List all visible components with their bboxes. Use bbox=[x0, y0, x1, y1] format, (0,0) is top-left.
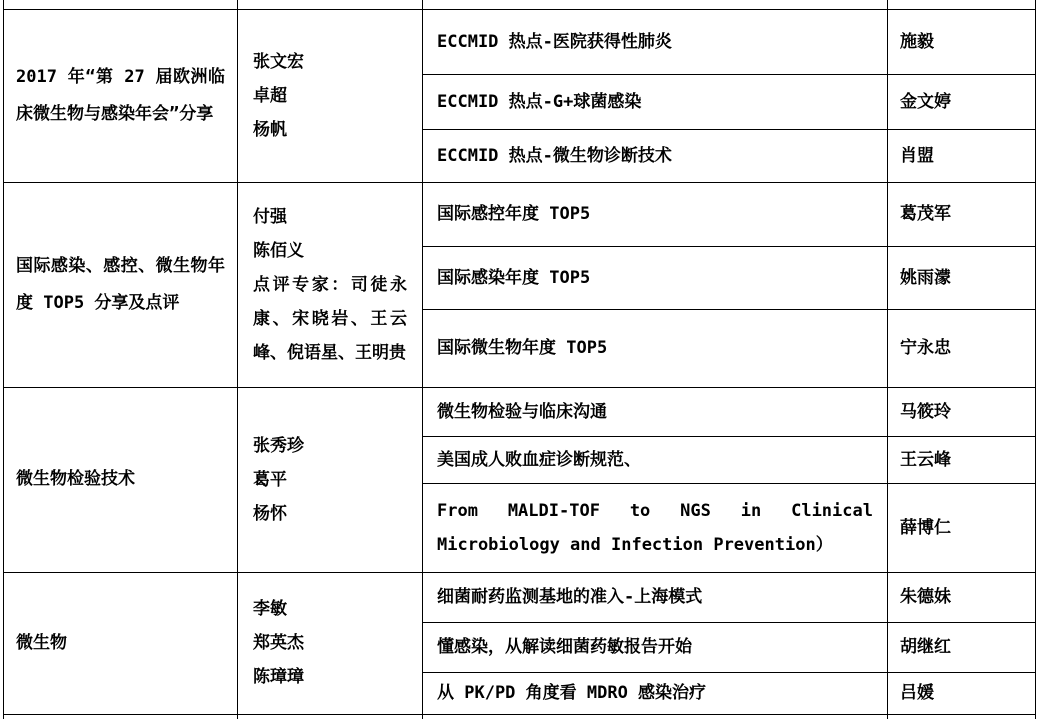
speaker-cell: 马筱玲 bbox=[888, 387, 1036, 436]
speaker-cell: 朱德妹 bbox=[888, 572, 1036, 622]
table-row: 微生物 李敏 郑英杰 陈璋璋 细菌耐药监测基地的准入-上海模式 朱德妹 bbox=[4, 572, 1036, 622]
session-title: 微生物检验技术 bbox=[16, 469, 135, 489]
speaker-cell bbox=[888, 0, 1036, 9]
moderators-cell: 付强 陈佰义 点评专家：司徒永康、宋晓岩、王云峰、倪语星、王明贵 bbox=[238, 182, 423, 387]
session-cell bbox=[4, 0, 238, 9]
conference-program-table: 2017 年“第 27 届欧洲临床微生物与感染年会”分享 张文宏 卓超 杨帆 E… bbox=[3, 0, 1036, 719]
moderators-cell bbox=[238, 0, 423, 9]
moderator-name: 陈璋璋 bbox=[253, 660, 407, 694]
moderator-name: 卓超 bbox=[253, 79, 407, 113]
talk-title-cell: 国际微生物年度 TOP5 bbox=[423, 309, 888, 387]
talk-title-cell: 从 PK/PD 角度看 MDRO 感染治疗 bbox=[423, 672, 888, 714]
table-row: 微生物检验技术 张秀珍 葛平 杨怀 微生物检验与临床沟通 马筱玲 bbox=[4, 387, 1036, 436]
moderator-name: 葛平 bbox=[253, 463, 407, 497]
session-title: 国际感染、感控、微生物年度 TOP5 分享及点评 bbox=[16, 256, 225, 313]
speaker-cell: 宁永忠 bbox=[888, 309, 1036, 387]
session-title: 2017 年“第 27 届欧洲临床微生物与感染年会”分享 bbox=[16, 67, 225, 124]
moderators-cell bbox=[238, 714, 423, 719]
moderator-name: 付强 bbox=[253, 200, 407, 234]
speaker-cell: 薛博仁 bbox=[888, 483, 1036, 572]
talk-title-cell: ECCMID 热点-医院获得性肺炎 bbox=[423, 9, 888, 74]
speaker-cell: 金文婷 bbox=[888, 74, 1036, 129]
moderator-name: 李敏 bbox=[253, 592, 407, 626]
talk-title-cell: 细菌耐药监测基地的准入-上海模式 bbox=[423, 572, 888, 622]
talk-title-cell: From MALDI-TOF to NGS in Clinical Microb… bbox=[423, 483, 888, 572]
talk-title-cell bbox=[423, 714, 888, 719]
talk-title-cell: ECCMID 热点-G+球菌感染 bbox=[423, 74, 888, 129]
session-cell: 微生物 bbox=[4, 572, 238, 714]
talk-title-cell: 国际感控年度 TOP5 bbox=[423, 182, 888, 246]
talk-title-cell: ECCMID 热点-微生物诊断技术 bbox=[423, 129, 888, 182]
moderator-name: 张秀珍 bbox=[253, 429, 407, 463]
talk-title-cell bbox=[423, 0, 888, 9]
speaker-cell: 施毅 bbox=[888, 9, 1036, 74]
table-row: 2017 年“第 27 届欧洲临床微生物与感染年会”分享 张文宏 卓超 杨帆 E… bbox=[4, 9, 1036, 74]
session-cell: 微生物检验技术 bbox=[4, 387, 238, 572]
session-title: 微生物 bbox=[16, 633, 67, 653]
partial-row-bottom bbox=[4, 714, 1036, 719]
moderator-name: 杨怀 bbox=[253, 497, 407, 531]
speaker-cell: 王云峰 bbox=[888, 436, 1036, 483]
moderators-cell: 李敏 郑英杰 陈璋璋 bbox=[238, 572, 423, 714]
talk-title-cell: 懂感染，从解读细菌药敏报告开始 bbox=[423, 622, 888, 672]
commentators-list: 点评专家：司徒永康、宋晓岩、王云峰、倪语星、王明贵 bbox=[253, 268, 407, 370]
session-cell: 2017 年“第 27 届欧洲临床微生物与感染年会”分享 bbox=[4, 9, 238, 182]
moderators-cell: 张文宏 卓超 杨帆 bbox=[238, 9, 423, 182]
moderators-cell: 张秀珍 葛平 杨怀 bbox=[238, 387, 423, 572]
session-cell: 国际感染、感控、微生物年度 TOP5 分享及点评 bbox=[4, 182, 238, 387]
table-row: 国际感染、感控、微生物年度 TOP5 分享及点评 付强 陈佰义 点评专家：司徒永… bbox=[4, 182, 1036, 246]
moderator-name: 张文宏 bbox=[253, 45, 407, 79]
talk-title-cell: 微生物检验与临床沟通 bbox=[423, 387, 888, 436]
speaker-cell: 姚雨濛 bbox=[888, 246, 1036, 309]
moderator-name: 郑英杰 bbox=[253, 626, 407, 660]
speaker-cell: 吕媛 bbox=[888, 672, 1036, 714]
speaker-cell: 葛茂军 bbox=[888, 182, 1036, 246]
talk-title-cell: 美国成人败血症诊断规范、 bbox=[423, 436, 888, 483]
session-cell bbox=[4, 714, 238, 719]
speaker-cell: 胡继红 bbox=[888, 622, 1036, 672]
talk-title-cell: 国际感染年度 TOP5 bbox=[423, 246, 888, 309]
partial-row-top bbox=[4, 0, 1036, 9]
speaker-cell bbox=[888, 714, 1036, 719]
moderator-name: 杨帆 bbox=[253, 113, 407, 147]
moderator-name: 陈佰义 bbox=[253, 234, 407, 268]
speaker-cell: 肖盟 bbox=[888, 129, 1036, 182]
